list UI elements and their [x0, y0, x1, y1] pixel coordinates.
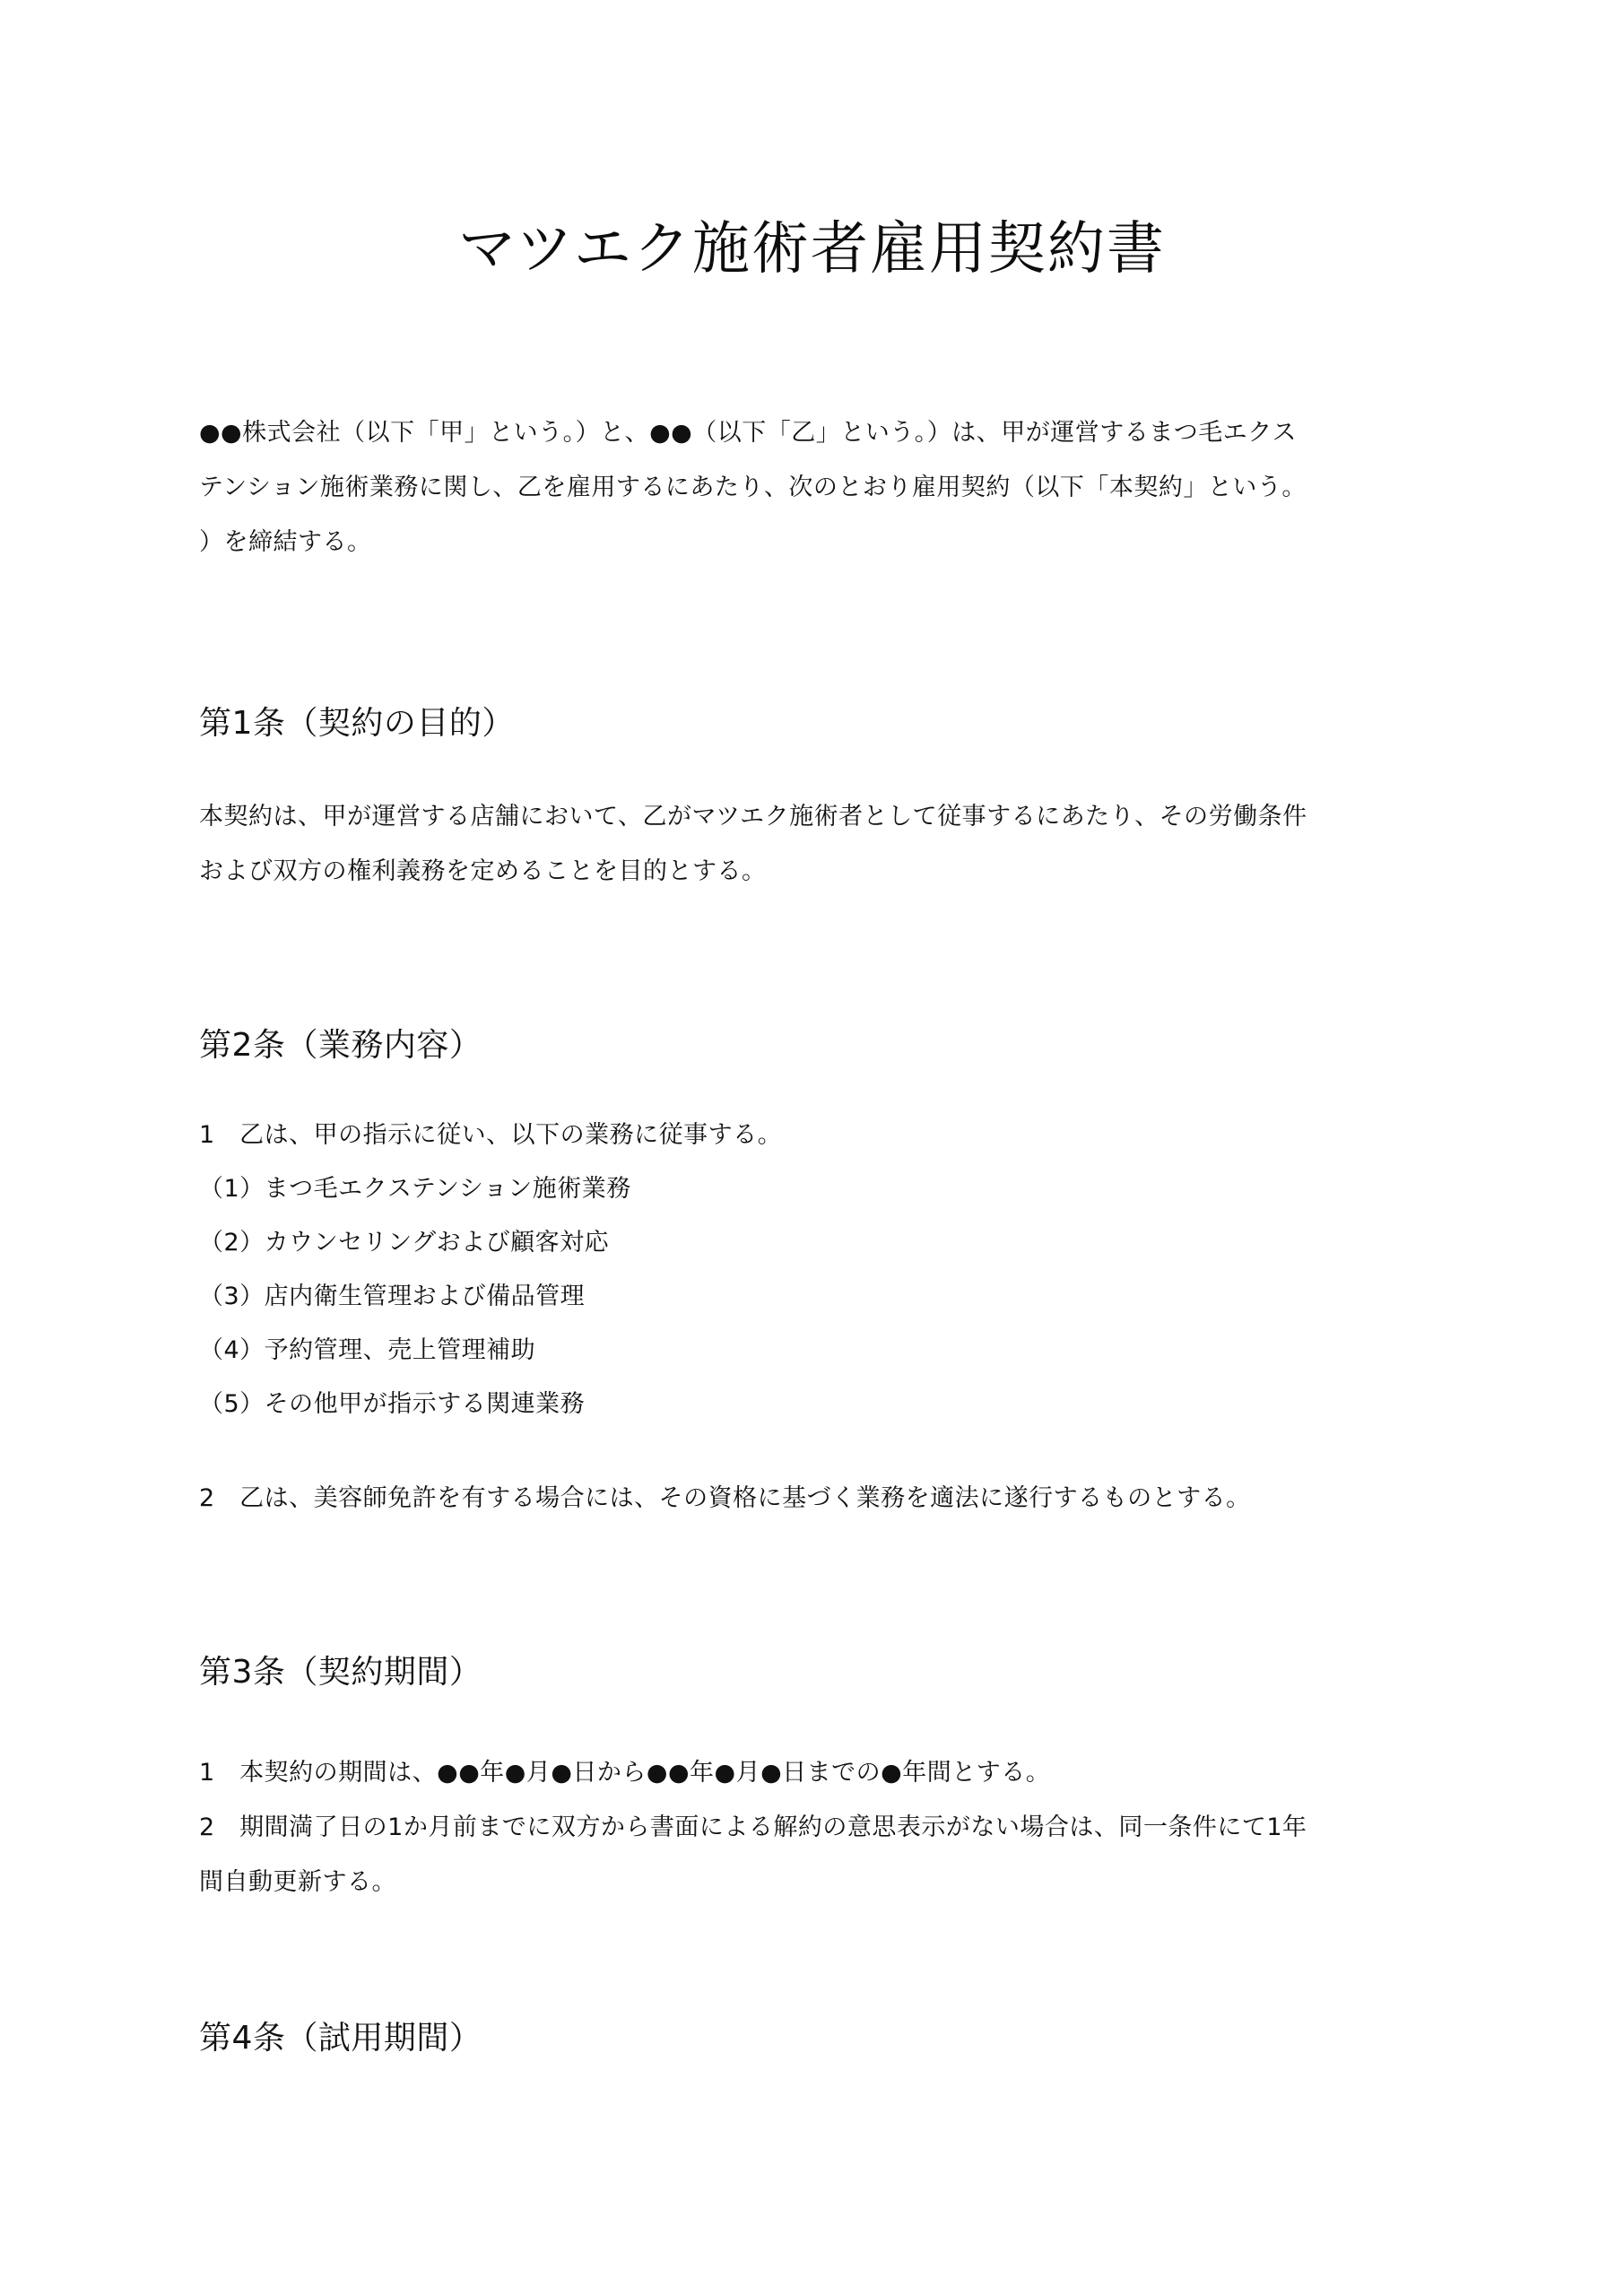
preamble-line: ）を締結する。 — [199, 515, 1437, 570]
article-2-clause-2: 2 乙は、美容師免許を有する場合には、その資格に基づく業務を適法に遂行するものと… — [199, 1481, 1251, 1517]
document-page: マツエク施術者雇用契約書 ●●株式会社（以下「甲」という。）と、●●（以下「乙」… — [0, 0, 1624, 2296]
article-2-clause-1: 1 乙は、甲の指示に従い、以下の業務に従事する。 — [199, 1118, 782, 1153]
article-1-heading: 第1条（契約の目的） — [199, 701, 515, 746]
article-2-item-1: （1）まつ毛エクステンション施術業務 — [199, 1171, 631, 1207]
article-2-item-4: （4）予約管理、売上管理補助 — [199, 1333, 535, 1369]
article-3-line: 2 期間満了日の1か月前までに双方から書面による解約の意思表示がない場合は、同一… — [199, 1800, 1437, 1855]
article-2-heading: 第2条（業務内容） — [199, 1023, 482, 1068]
article-4-heading: 第4条（試用期間） — [199, 2016, 482, 2061]
document-title: マツエク施術者雇用契約書 — [0, 213, 1624, 285]
preamble-paragraph: ●●株式会社（以下「甲」という。）と、●●（以下「乙」という。）は、甲が運営する… — [199, 405, 1437, 570]
article-1-body: 本契約は、甲が運営する店舗において、乙がマツエク施術者として従事するにあたり、そ… — [199, 789, 1437, 899]
article-3-heading: 第3条（契約期間） — [199, 1650, 482, 1695]
article-2-item-3: （3）店内衛生管理および備品管理 — [199, 1279, 585, 1315]
preamble-line: ●●株式会社（以下「甲」という。）と、●●（以下「乙」という。）は、甲が運営する… — [199, 405, 1437, 460]
preamble-line: テンション施術業務に関し、乙を雇用するにあたり、次のとおり雇用契約（以下「本契約… — [199, 460, 1437, 515]
article-3-line: 間自動更新する。 — [199, 1855, 1437, 1909]
article-2-item-2: （2）カウンセリングおよび顧客対応 — [199, 1225, 609, 1261]
article-3-line: 1 本契約の期間は、●●年●月●日から●●年●月●日までの●年間とする。 — [199, 1745, 1437, 1800]
article-1-line: 本契約は、甲が運営する店舗において、乙がマツエク施術者として従事するにあたり、そ… — [199, 789, 1437, 844]
article-2-item-5: （5）その他甲が指示する関連業務 — [199, 1387, 585, 1422]
article-1-line: および双方の権利義務を定めることを目的とする。 — [199, 844, 1437, 899]
article-3-body: 1 本契約の期間は、●●年●月●日から●●年●月●日までの●年間とする。 2 期… — [199, 1745, 1437, 1909]
